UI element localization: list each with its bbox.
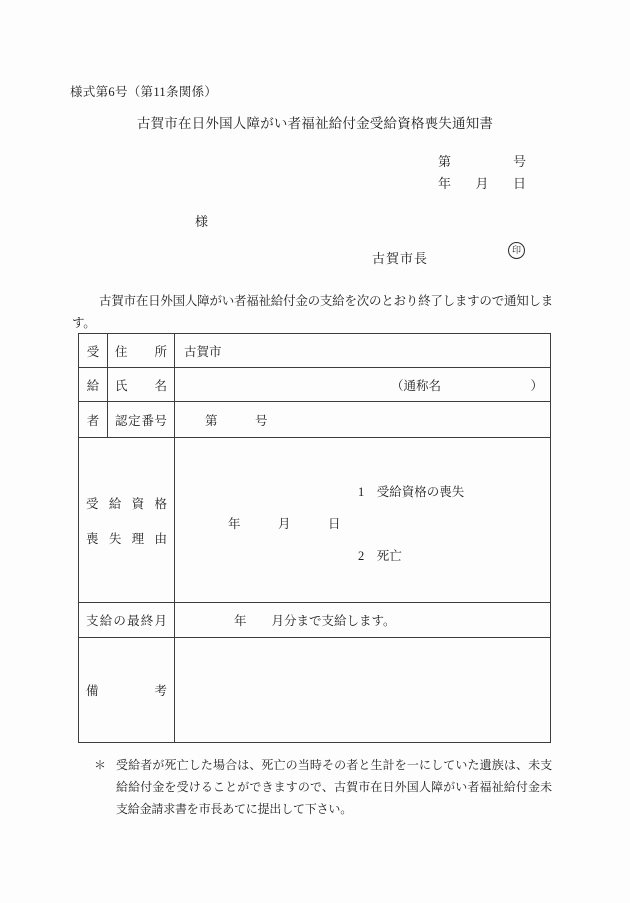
recipient-header-char-1: 受 [79,334,108,368]
document-title: 古賀市在日外国人障がい者福祉給付金受給資格喪失通知書 [0,112,630,132]
address-label: 住 所 [108,342,174,360]
alias-note-open: （通称名 [391,376,441,394]
footnote-marker: ＊ [94,754,116,820]
name-label: 氏 名 [108,376,174,394]
final-payment-value: 年 月分まで支給します。 [234,611,396,629]
alias-note-close: ） [530,376,543,394]
loss-reason-content-cell: 1 受給資格の喪失 年 月 日 2 死亡 [175,438,550,603]
issuer-title: 古賀市長 [372,248,428,267]
address-value-cell: 古賀市 [175,334,550,368]
date-month-label: 月 [475,173,488,192]
cert-number-label: 認定番号 [108,411,174,429]
loss-reason-option-2: 2 死亡 [358,546,402,564]
document-number-field: 第 号 [438,151,526,170]
loss-reason-label-line1: 受給資格 [79,494,174,512]
final-payment-label: 支給の最終月 [79,611,174,629]
name-label-cell: 氏 名 [108,368,175,402]
recipient-header-char-3: 者 [79,402,108,438]
name-value-cell: （通称名 ） [175,368,550,402]
loss-reason-label-line2: 喪失理由 [79,529,174,547]
document-number-prefix: 第 [438,151,451,170]
recipient-char: 給 [87,376,100,394]
official-seal-icon: 印 [508,242,525,259]
cert-number-value: 第 号 [205,411,268,429]
issue-date-field: 年 月 日 [438,173,526,192]
date-day-label: 日 [513,173,526,192]
document-number-suffix: 号 [513,151,526,170]
recipient-char: 者 [87,411,100,429]
remarks-value-cell [175,638,550,742]
recipient-table: 受 住 所 古賀市 給 氏 名 （通称名 ） 者 認定番号 第 号 [78,333,551,743]
date-year-label: 年 [438,173,451,192]
final-payment-value-cell: 年 月分まで支給します。 [175,603,550,638]
final-payment-label-cell: 支給の最終月 [79,603,175,638]
footnote-text: 受給者が死亡した場合は、死亡の当時その者と生計を一にしていた遺族は、未支給給付金… [116,754,552,820]
cert-number-value-cell: 第 号 [175,402,550,438]
remarks-label-cell: 備 考 [79,638,175,742]
seal-character: 印 [512,246,521,255]
addressee-honorific: 様 [195,211,208,230]
cert-number-label-cell: 認定番号 [108,402,175,438]
body-paragraph: 古賀市在日外国人障がい者福祉給付金の支給を次のとおり終了しますので通知します。 [72,290,553,334]
form-number: 様式第6号（第11条関係） [70,82,217,100]
remarks-label: 備 考 [79,681,174,699]
document-page: 様式第6号（第11条関係） 古賀市在日外国人障がい者福祉給付金受給資格喪失通知書… [0,0,630,903]
loss-reason-label-cell: 受給資格 喪失理由 [79,438,175,603]
recipient-char: 受 [87,342,100,360]
address-value: 古賀市 [184,342,222,360]
footnote: ＊ 受給者が死亡した場合は、死亡の当時その者と生計を一にしていた遺族は、未支給給… [94,754,552,820]
loss-reason-date: 年 月 日 [228,514,341,532]
recipient-header-char-2: 給 [79,368,108,402]
address-label-cell: 住 所 [108,334,175,368]
loss-reason-option-1: 1 受給資格の喪失 [358,482,464,500]
